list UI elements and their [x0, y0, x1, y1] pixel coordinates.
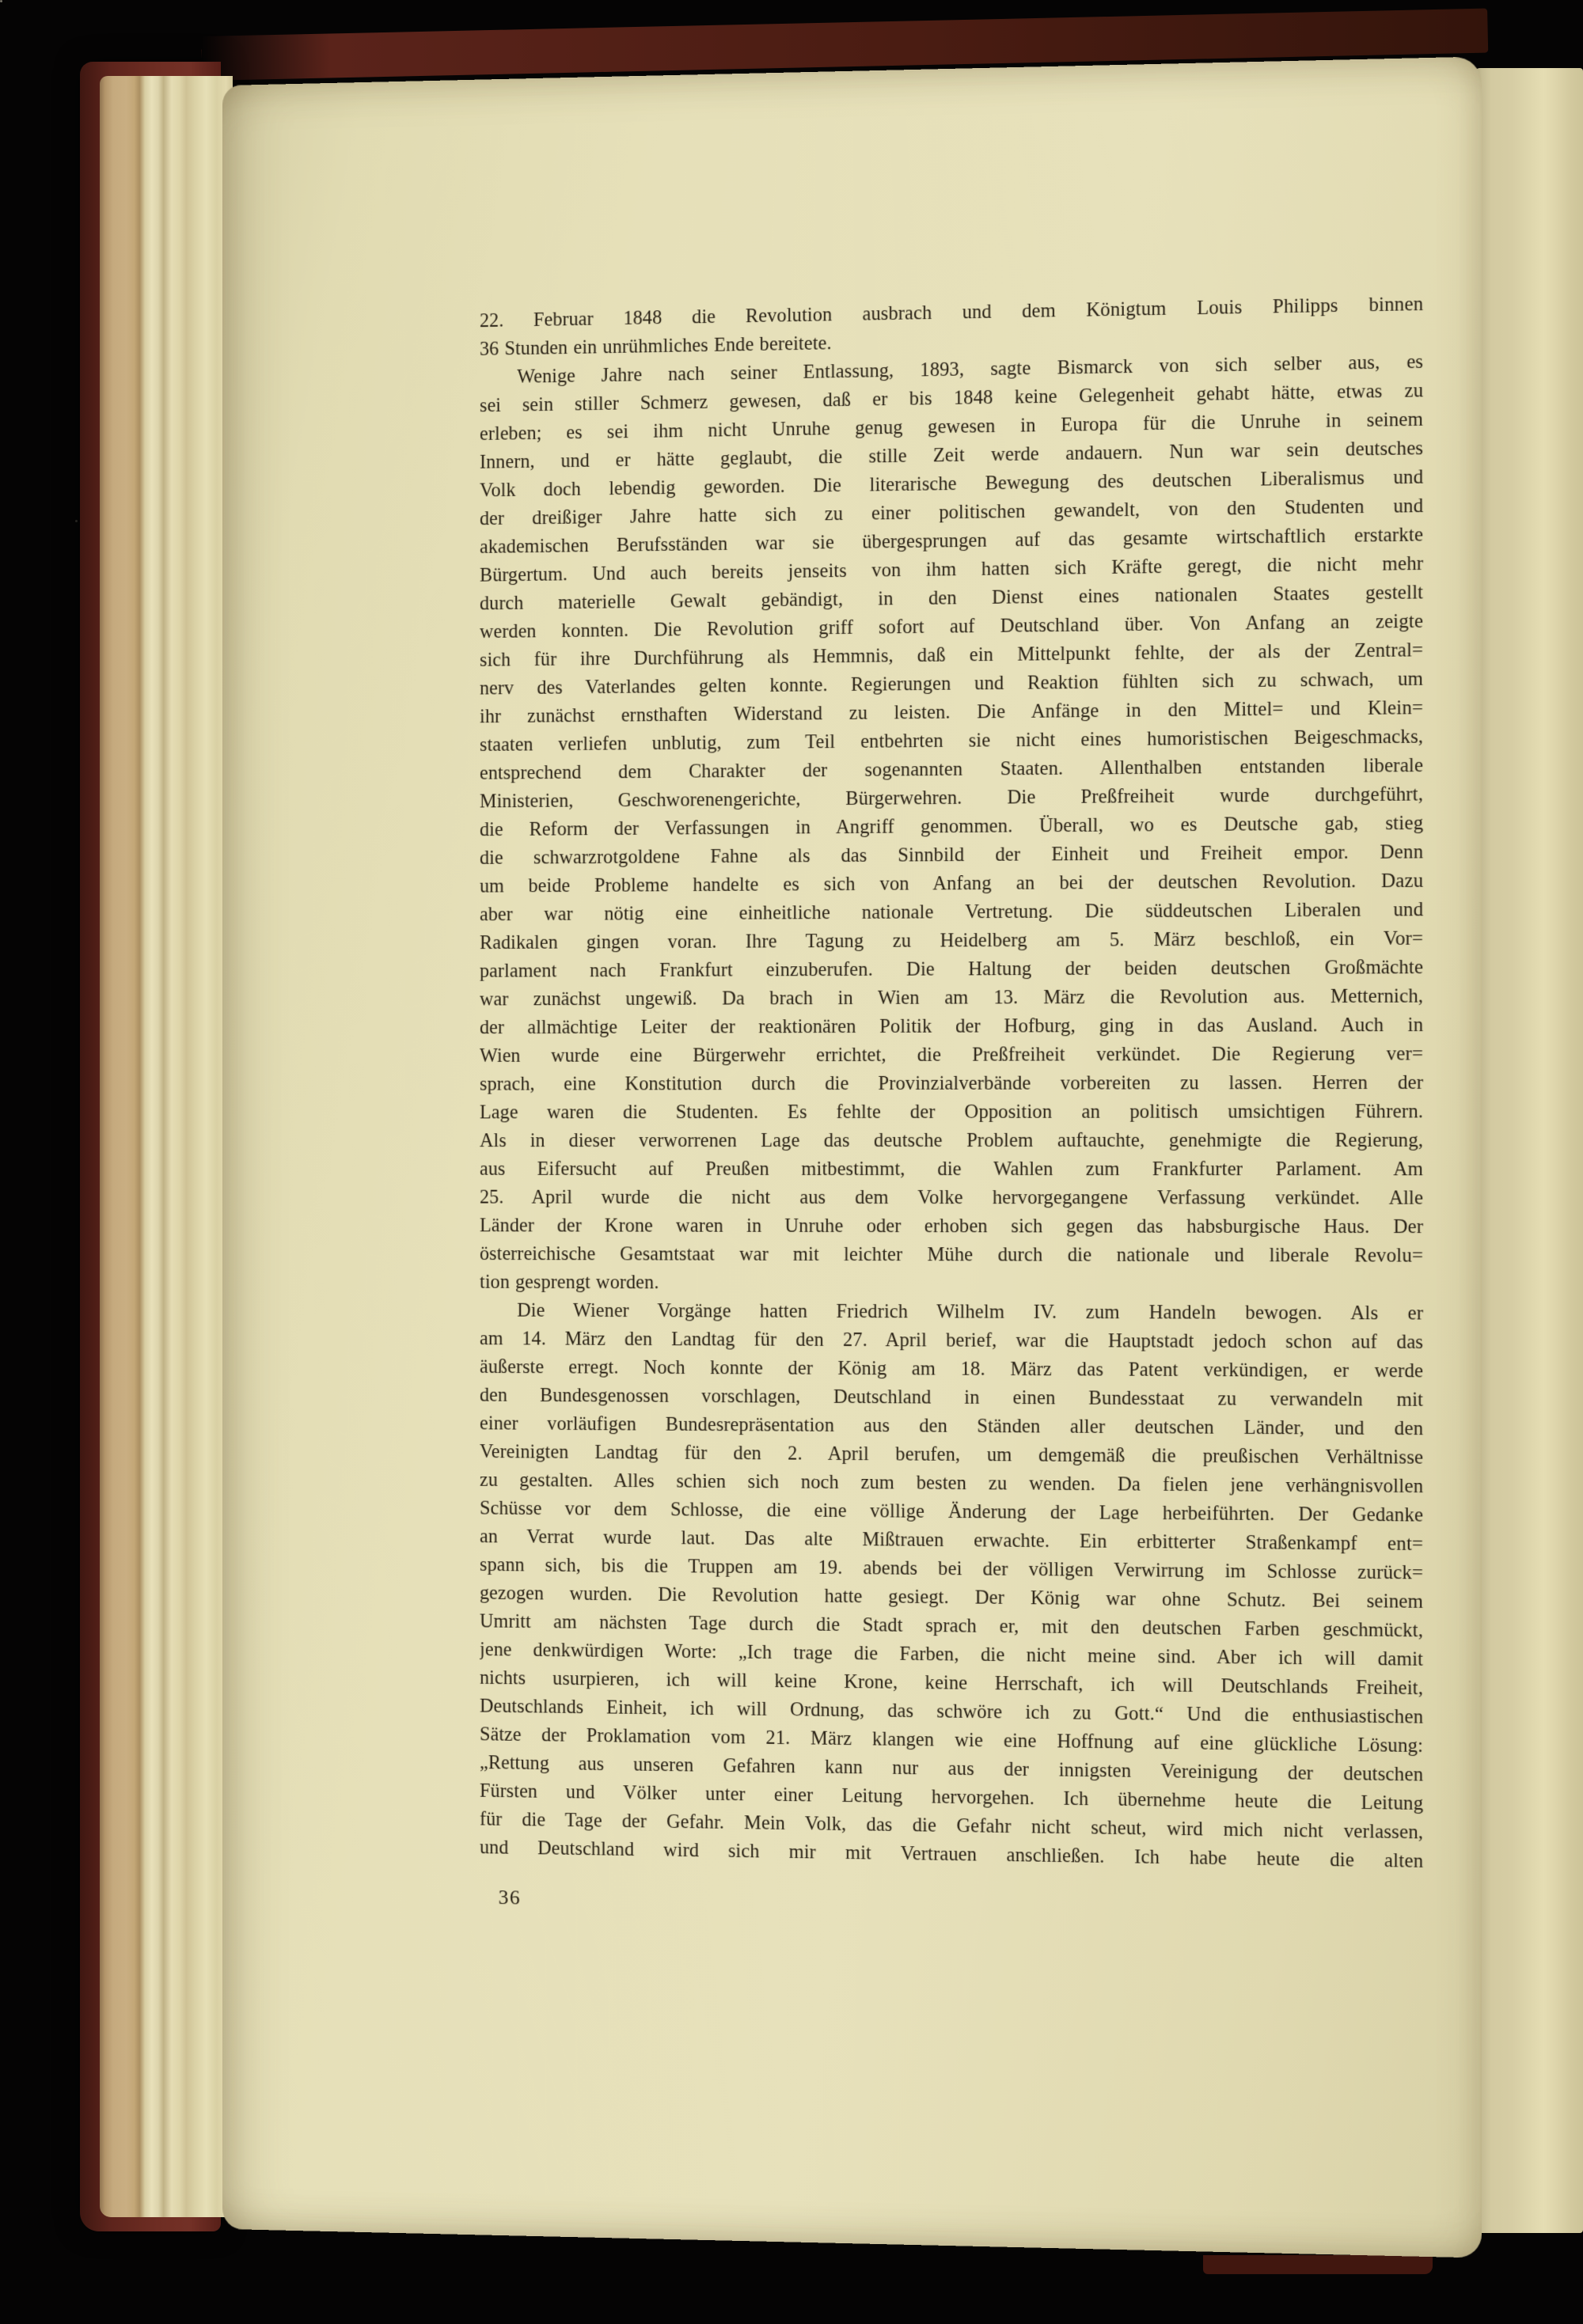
text-line: aber war nötig eine einheitliche nationa… — [480, 896, 1423, 929]
page-number: 36 — [499, 1886, 522, 1909]
text-line: Lage waren die Studenten. Es fehlte der … — [480, 1098, 1423, 1127]
text-line: am 14. März den Landtag für den 27. Apri… — [480, 1325, 1423, 1357]
text-line: Die Wiener Vorgänge hatten Friedrich Wil… — [480, 1297, 1423, 1329]
text-line: Länder der Krone waren in Unruhe oder er… — [480, 1211, 1423, 1242]
text-line: österreichische Gesamtstaat war mit leic… — [480, 1240, 1423, 1271]
text-line: tion gesprengt worden. — [480, 1268, 1423, 1299]
text-line: Als in dieser verworrenen Lage das deuts… — [480, 1127, 1423, 1155]
text-line: parlament nach Frankfurt einzuberufen. D… — [480, 953, 1423, 986]
photo-backdrop: 22. Februar 1848 die Revolution ausbrach… — [0, 0, 1583, 2324]
text-line: Radikalen gingen voran. Ihre Tagung zu H… — [480, 924, 1423, 957]
text-line: sprach, eine Konstitution durch die Prov… — [480, 1069, 1423, 1099]
text-line: der allmächtige Leiter der reaktionären … — [480, 1011, 1423, 1042]
text-line: aus Eifersucht auf Preußen mitbestimmt, … — [480, 1155, 1423, 1184]
page-text: 22. Februar 1848 die Revolution ausbrach… — [480, 290, 1423, 1876]
text-line: äußerste erregt. Noch konnte der König a… — [480, 1353, 1423, 1386]
book-cover-bottom-edge — [1203, 2255, 1433, 2274]
page-edge-stack — [100, 76, 233, 2217]
text-line: Wien wurde eine Bürgerwehr errichtet, di… — [480, 1040, 1423, 1071]
book-page: 22. Februar 1848 die Revolution ausbrach… — [222, 56, 1482, 2258]
text-line: 25. April wurde die nicht aus dem Volke … — [480, 1184, 1423, 1213]
text-line: war zunächst ungewiß. Da brach in Wien a… — [480, 982, 1423, 1014]
dust-specks — [0, 0, 2, 2]
facing-page-edge — [1474, 68, 1583, 2233]
